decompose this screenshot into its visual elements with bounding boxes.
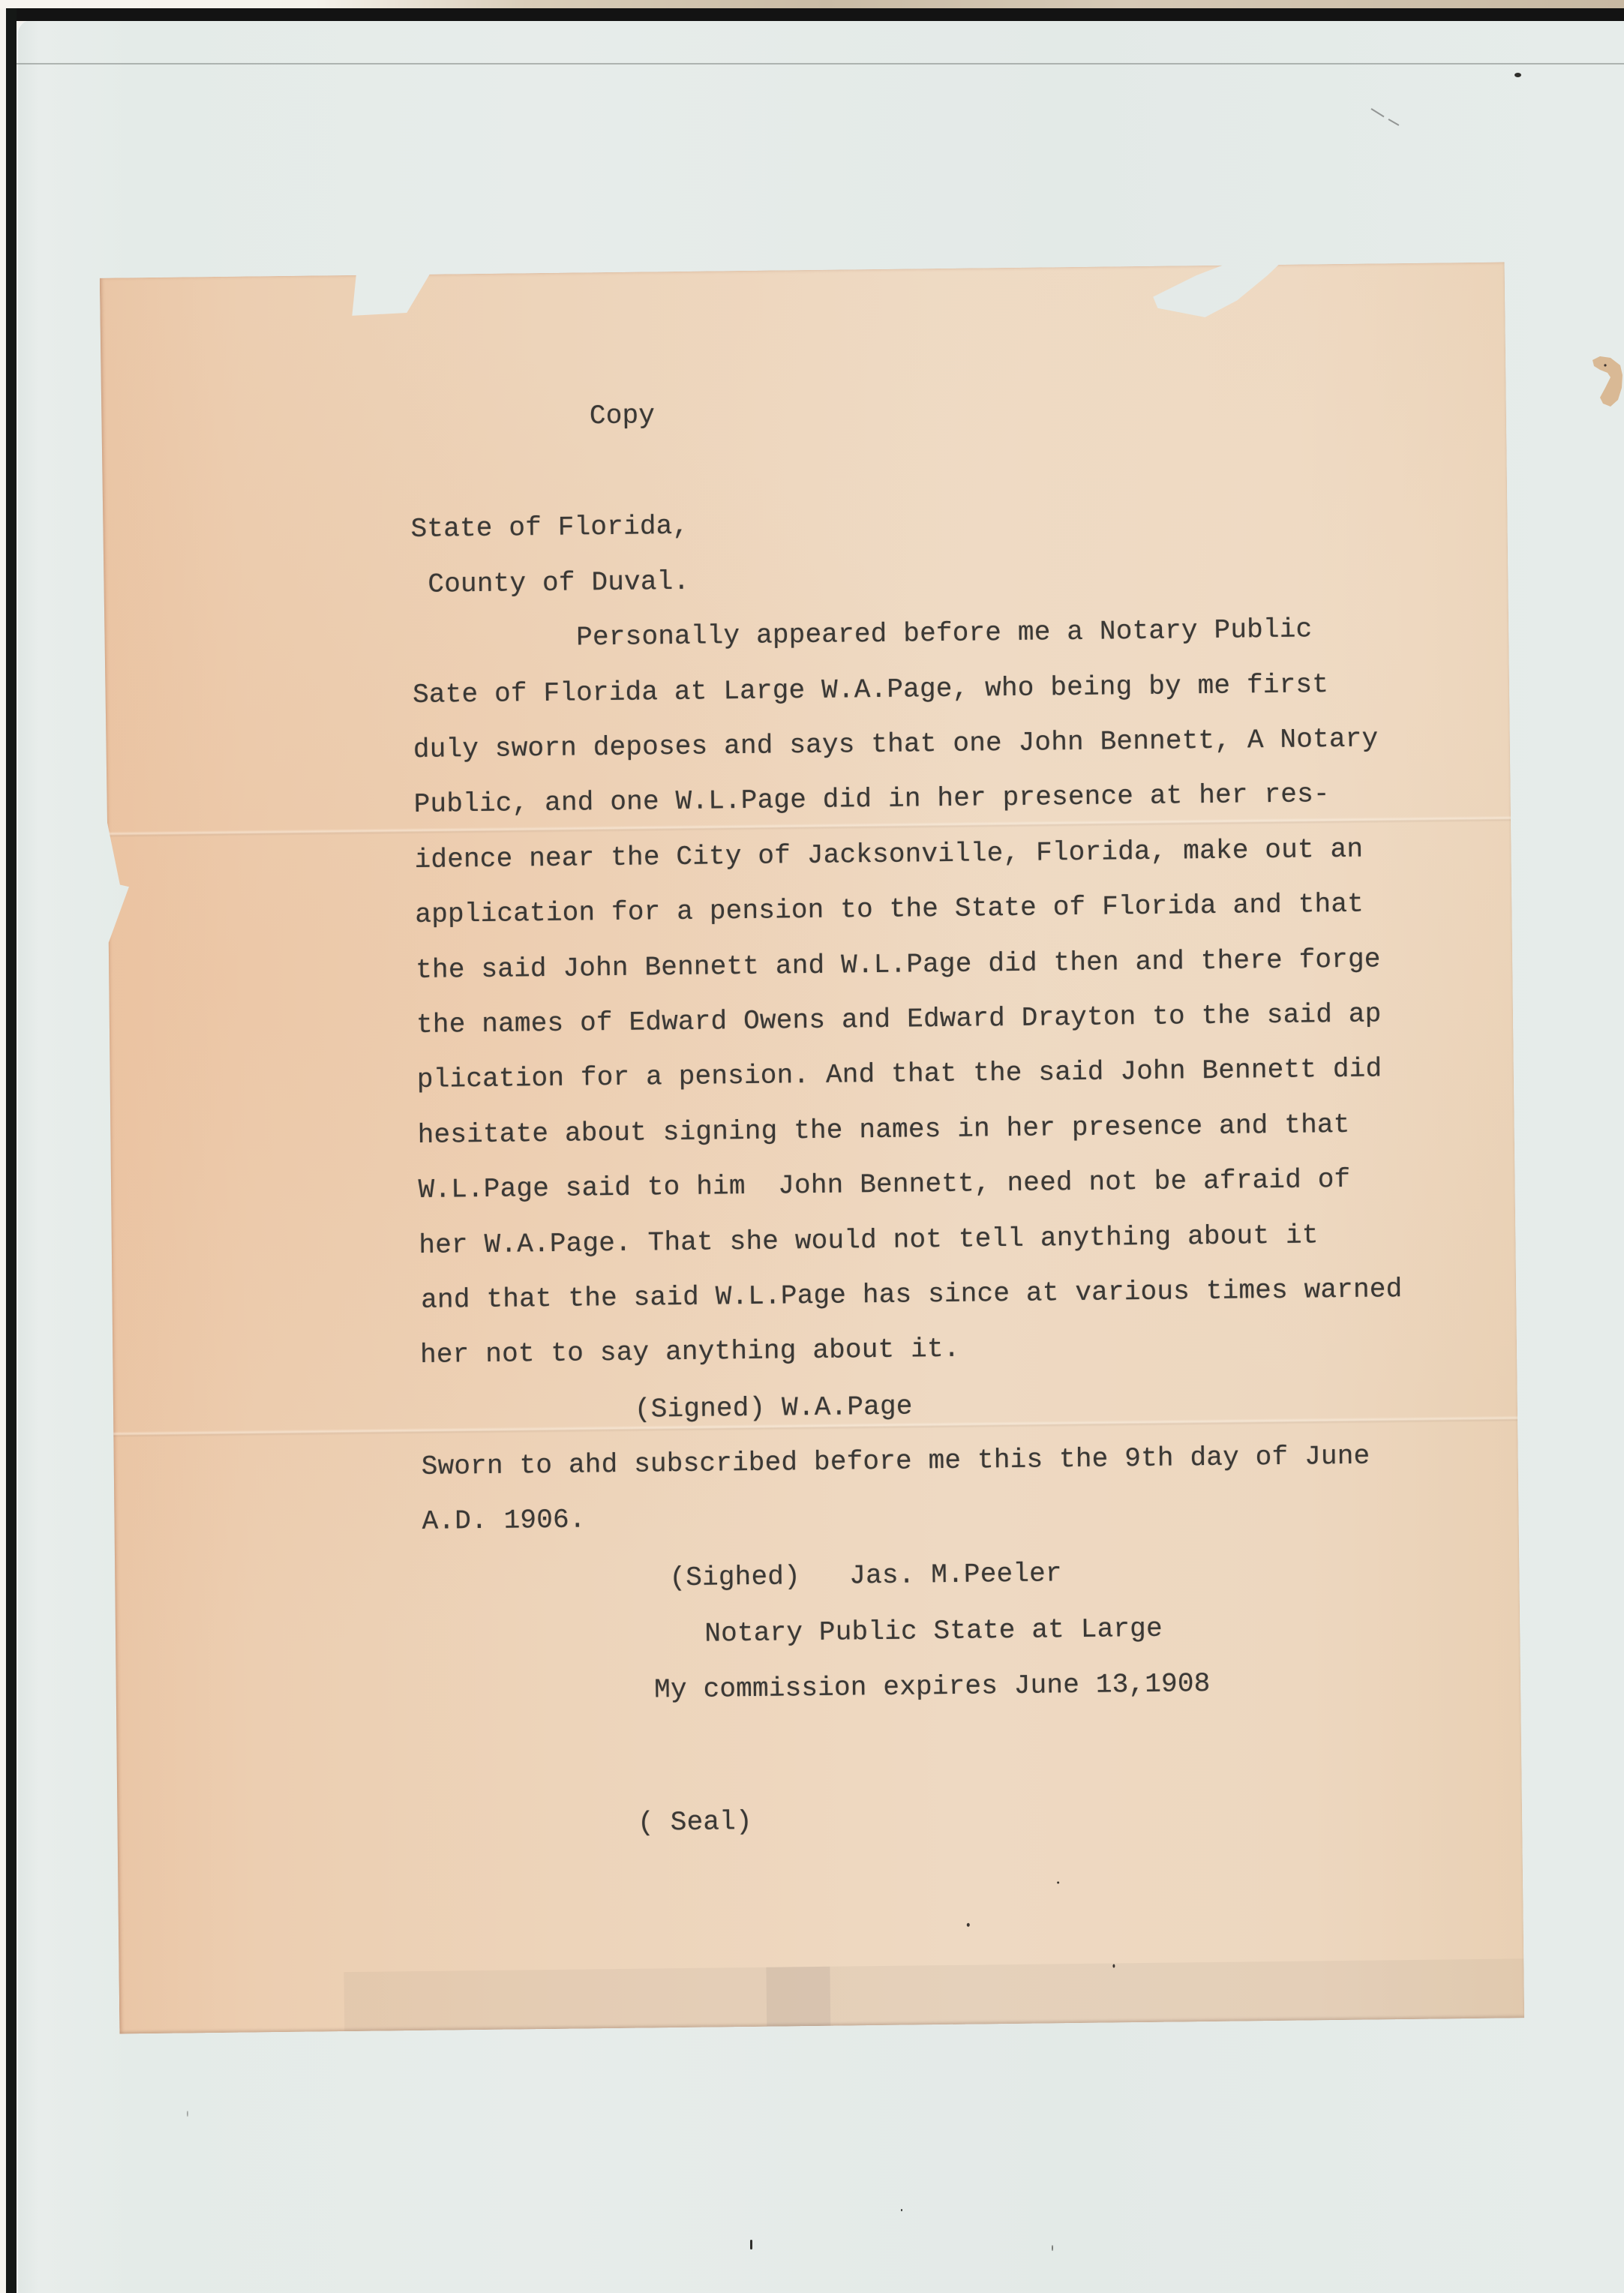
body-line: duly sworn deposes and says that one Joh… xyxy=(413,725,1379,764)
jurat-line: Sworn to ahd subscribed before me this t… xyxy=(422,1443,1370,1481)
affiant-signature: (Signed) W.A.Page xyxy=(635,1394,913,1424)
page-shadow xyxy=(766,1967,830,2027)
ink-speck xyxy=(1057,1881,1059,1883)
body-line: Public, and one W.L.Page did in her pres… xyxy=(414,781,1330,818)
notary-signature: (Sighed) Jas. M.Peeler xyxy=(669,1560,1062,1592)
dust-speck xyxy=(901,2209,902,2211)
paper-fragment xyxy=(1586,353,1624,413)
body-line: the names of Edward Owens and Edward Dra… xyxy=(416,1001,1382,1039)
document-page: Copy State of Florida, County of Duval. … xyxy=(100,262,1524,2033)
body-line: the said John Bennett and W.L.Page did t… xyxy=(416,946,1381,984)
body-line: Sate of Florida at Large W.A.Page, who b… xyxy=(413,671,1328,709)
scan-frame-left xyxy=(6,8,17,2293)
ink-speck xyxy=(967,1923,970,1927)
body-line: plication for a pension. And that the sa… xyxy=(417,1055,1382,1094)
seal-notation: ( Seal) xyxy=(638,1808,752,1837)
notary-title: Notary Public State at Large xyxy=(704,1616,1163,1648)
body-line: Personally appeared before me a Notary P… xyxy=(576,616,1313,651)
backing-fold-line xyxy=(17,63,1624,65)
body-line: application for a pension to the State o… xyxy=(415,891,1364,929)
notary-commission: My commission expires June 13,1908 xyxy=(654,1670,1211,1703)
document-heading: Copy xyxy=(590,402,656,430)
venue-state: State of Florida, xyxy=(410,513,689,543)
body-line: and that the said W.L.Page has since at … xyxy=(421,1276,1403,1314)
body-line: hesitate about signing the names in her … xyxy=(418,1112,1350,1149)
scan-frame-top xyxy=(6,8,1624,21)
jurat-date: A.D. 1906. xyxy=(422,1506,585,1535)
body-line: idence near the City of Jacksonville, Fl… xyxy=(414,836,1363,874)
venue-county: County of Duval. xyxy=(428,569,689,599)
dust-speck xyxy=(187,2111,188,2117)
dust-speck xyxy=(1052,2245,1053,2251)
ink-speck xyxy=(1112,1964,1115,1967)
body-line: W.L.Page said to him John Bennett, need … xyxy=(418,1166,1350,1204)
dust-speck xyxy=(750,2240,752,2249)
body-line: her W.A.Page. That she would not tell an… xyxy=(419,1222,1319,1259)
body-line: her not to say anything about it. xyxy=(420,1336,960,1369)
dust-speck xyxy=(1514,73,1521,77)
